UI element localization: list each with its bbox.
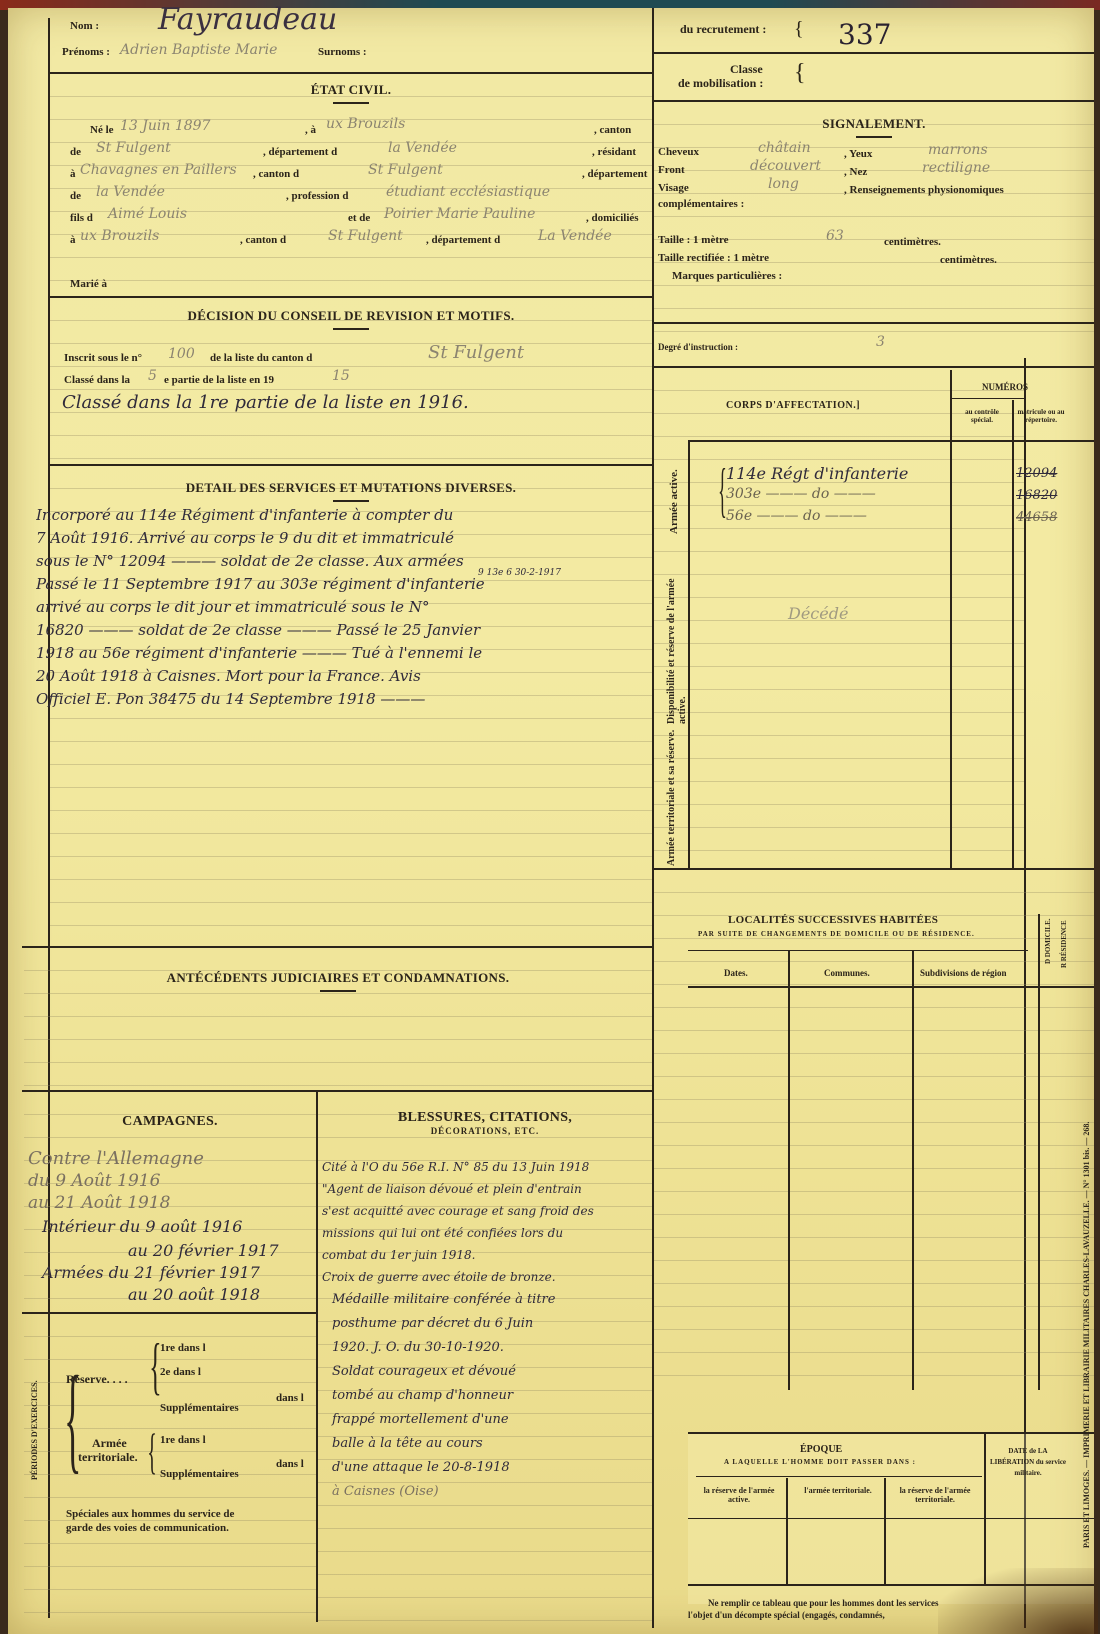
decede-note: Décédé	[788, 604, 848, 623]
printer-margin-text: PARIS ET LIMOGES. — IMPRIMERIE ET LIBRAI…	[1082, 1122, 1091, 1548]
services-title: DETAIL DES SERVICES ET MUTATIONS DIVERSE…	[50, 480, 652, 496]
blessures-line: frappé mortellement d'une	[332, 1408, 654, 1432]
classe-dans-label: Classé dans la	[64, 374, 130, 386]
decision-title: DÉCISION DU CONSEIL DE REVISION ET MOTIF…	[50, 308, 652, 324]
localites-col-divider-1	[788, 950, 790, 1390]
services-line: 7 Août 1916. Arrivé au corps le 9 du dit…	[36, 527, 652, 550]
localites-side-residence: R RÉSIDENCE	[1060, 920, 1068, 968]
blessures-line: missions qui lui ont été confiées lors d…	[322, 1222, 654, 1244]
residant-canton-label: , canton d	[253, 168, 299, 180]
taille-rectifiee-label: Taille rectifiée : 1 mètre	[658, 252, 769, 264]
domicile-dept-label: , département d	[426, 234, 500, 246]
corps-row-3: 56e ——— do ———	[726, 508, 867, 524]
decision-section: DÉCISION DU CONSEIL DE REVISION ET MOTIF…	[50, 298, 652, 464]
blessures-subtitle: DÉCORATIONS, ETC.	[318, 1126, 652, 1136]
territoriale-label-2: territoriale.	[78, 1450, 138, 1465]
epoque-header-bottom	[688, 1518, 1094, 1519]
campagnes-line: au 20 août 1918	[128, 1284, 279, 1306]
residant-canton-value: St Fulgent	[368, 162, 443, 178]
epoque-footnote-1: Ne remplir ce tableau que pour les homme…	[708, 1598, 938, 1608]
ne-le-label: Né le	[90, 124, 114, 136]
corps-row-1: 114e Régt d'infanterie	[726, 464, 908, 483]
territoriale-supp-dans: dans l	[276, 1458, 304, 1470]
title-dash	[856, 136, 892, 138]
residant-label: , résidant	[592, 146, 636, 158]
territoriale-label-1: Armée	[92, 1436, 127, 1451]
numeros-col-divider	[1012, 400, 1014, 868]
territoriale-label: Armée territoriale et sa réserve.	[666, 726, 677, 866]
yeux-value: marrons	[928, 142, 988, 158]
localites-col-dates: Dates.	[724, 968, 748, 978]
title-dash	[333, 328, 369, 330]
disponibilite-label: Disponibilité et réserve de l'armée acti…	[666, 564, 688, 724]
services-line: Incorporé au 114e Régiment d'infanterie …	[36, 504, 652, 527]
nom-label: Nom :	[70, 20, 99, 32]
epoque-col-3: la réserve de l'armée territoriale.	[888, 1486, 982, 1504]
reserve-item-3: Supplémentaires	[160, 1402, 239, 1414]
liste-canton-value: St Fulgent	[428, 342, 524, 363]
renseignements-label: , Renseignements physionomiques	[844, 184, 1004, 196]
canton-label: , canton	[594, 124, 631, 136]
services-line: 1918 au 56e régiment d'infanterie ——— Tu…	[36, 642, 652, 665]
blessures-line: Médaille militaire conférée à titre	[332, 1288, 654, 1312]
domicile-a-label: à	[70, 234, 76, 246]
localites-header-line	[688, 950, 1028, 951]
localites-section	[654, 870, 1094, 1390]
epoque-col-divider-1	[786, 1478, 788, 1584]
title-dash	[320, 990, 356, 992]
front-label: Front	[658, 164, 685, 176]
classe-dans-value: 5	[148, 368, 157, 384]
corps-row-2: 303e ——— do ———	[726, 486, 876, 502]
localites-side-domicile: D DOMICILE.	[1044, 918, 1052, 964]
signalement-section: SIGNALEMENT.	[654, 102, 1094, 346]
recrutement-brace: {	[794, 18, 804, 41]
residant-a-label: à	[70, 168, 76, 180]
campagnes-line: Intérieur du 9 août 1916	[42, 1214, 279, 1240]
speciales-label-2: garde des voies de communication.	[66, 1522, 229, 1534]
military-register-page: Nom : Fayraudeau Prénoms : Adrien Baptis…	[8, 8, 1094, 1634]
campagnes-line: au 20 février 1917	[128, 1240, 279, 1262]
decision-handwritten-note: Classé dans la 1re partie de la liste en…	[62, 392, 469, 413]
col-controle: au contrôle spécial.	[954, 408, 1010, 424]
epoque-footnote-2: l'objet d'un décompte spécial (engagés, …	[688, 1610, 885, 1620]
epoque-date-divider	[984, 1434, 986, 1584]
corps-header-bottom	[688, 440, 1094, 442]
et-de-label: et de	[348, 212, 370, 224]
campagnes-title: CAMPAGNES.	[24, 1114, 316, 1130]
nom-value: Fayraudeau	[158, 2, 337, 37]
cheveux-label: Cheveux	[658, 146, 699, 158]
antecedents-title: ANTÉCÉDENTS JUDICIAIRES ET CONDAMNATIONS…	[24, 970, 652, 986]
corps-numeros-divider	[950, 370, 952, 868]
campagnes-text: Contre l'Allemagne du 9 Août 1916 au 21 …	[28, 1148, 279, 1306]
recrutement-value: 337	[838, 18, 891, 51]
services-line: 16820 ——— soldat de 2e classe ——— Passé …	[36, 619, 652, 642]
epoque-col-1: la réserve de l'armée active.	[696, 1486, 782, 1504]
blessures-line: à Caisnes (Oise)	[332, 1480, 654, 1504]
matricule-row-2: 16820	[1016, 488, 1057, 503]
reserve-item-1: 1re dans l	[160, 1342, 206, 1354]
taille-value: 63	[826, 228, 844, 244]
classe-label: Classe	[730, 62, 763, 77]
localites-col-subdivisions: Subdivisions de région	[920, 968, 1007, 978]
antecedents-section: ANTÉCÉDENTS JUDICIAIRES ET CONDAMNATIONS…	[24, 948, 652, 1090]
pere-value: Aimé Louis	[108, 206, 187, 222]
marques-label: Marques particulières :	[672, 270, 782, 282]
fils-label: fils d	[70, 212, 93, 224]
title-dash	[333, 500, 369, 502]
numeros-underline	[952, 398, 1024, 399]
campagnes-line: Contre l'Allemagne	[28, 1148, 279, 1170]
blessures-line: tombé au champ d'honneur	[332, 1384, 654, 1408]
residant-dept-de: de	[70, 190, 81, 202]
services-superscript: 9 13e 6 30-2-1917	[478, 568, 561, 578]
prenoms-label: Prénoms :	[62, 46, 110, 58]
reserve-supp-dans: dans l	[276, 1392, 304, 1404]
nez-value: rectiligne	[922, 160, 990, 176]
matricule-row-3: 44658	[1016, 510, 1057, 525]
localites-col-header-bottom	[688, 986, 1094, 988]
domicile-canton-label: , canton d	[240, 234, 286, 246]
front-value: découvert	[750, 158, 821, 174]
partie-label: e partie de la liste en 19	[164, 374, 274, 386]
inscrit-label: Inscrit sous le n°	[64, 352, 142, 364]
a-label: , à	[305, 124, 316, 136]
domicile-value: ux Brouzils	[80, 228, 159, 244]
services-line: 20 Août 1918 à Caisnes. Mort pour la Fra…	[36, 665, 652, 688]
mobilisation-label: de mobilisation :	[678, 76, 763, 91]
signalement-title: SIGNALEMENT.	[654, 116, 1094, 132]
matricule-row-1: 12094	[1016, 466, 1057, 481]
corps-title: CORPS D'AFFECTATION.]	[726, 400, 860, 411]
services-line: arrivé au corps le dit jour et immatricu…	[36, 596, 652, 619]
signalement-bottom	[654, 322, 1094, 324]
taille-label: Taille : 1 mètre	[658, 234, 729, 246]
epoque-title: ÉPOQUE	[800, 1444, 842, 1455]
departement-label: , département d	[263, 146, 337, 158]
surnoms-label: Surnoms :	[318, 46, 367, 58]
services-line: Officiel E. Pon 38475 du 14 Septembre 19…	[36, 688, 652, 711]
blessures-line: balle à la tête au cours	[332, 1432, 654, 1456]
page-corner-shadow	[938, 1568, 1098, 1634]
domicile-dept-value: La Vendée	[538, 228, 612, 244]
campagnes-line: au 21 Août 1918	[28, 1192, 279, 1214]
etat-civil-title: ÉTAT CIVIL.	[50, 82, 652, 98]
localites-col-communes: Communes.	[824, 968, 870, 978]
campagnes-line: Armées du 21 février 1917	[42, 1262, 279, 1284]
ne-le-value: 13 Juin 1897	[120, 118, 210, 134]
numeros-title: NUMÉROS	[982, 382, 1028, 392]
blessures-title: BLESSURES, CITATIONS,	[318, 1110, 652, 1126]
territoriale-item-2: Supplémentaires	[160, 1468, 239, 1480]
prenoms-value: Adrien Baptiste Marie	[120, 42, 277, 58]
blessures-line: d'une attaque le 20-8-1918	[332, 1456, 654, 1480]
epoque-date-title: DATE de LA LIBÉRATION du service militai…	[988, 1446, 1068, 1479]
residant-dept-value: la Vendée	[96, 184, 165, 200]
centimetres-label: centimètres.	[884, 236, 941, 248]
col-matricule: matricule ou au répertoire.	[1014, 408, 1068, 424]
epoque-col-2: l'armée territoriale.	[790, 1486, 886, 1495]
blessures-line: Cité à l'O du 56e R.I. N° 85 du 13 Juin …	[322, 1156, 654, 1178]
speciales-label-1: Spéciales aux hommes du service de	[66, 1508, 234, 1520]
epoque-subtitle: A LAQUELLE L'HOMME DOIT PASSER DANS :	[724, 1458, 916, 1466]
reserve-label: Réserve. . . .	[66, 1372, 128, 1387]
blessures-line: Croix de guerre avec étoile de bronze.	[322, 1266, 654, 1288]
blessures-line: Soldat courageux et dévoué	[332, 1360, 654, 1384]
blessures-line: s'est acquitté avec courage et sang froi…	[322, 1200, 654, 1222]
centimetres-label-2: centimètres.	[940, 254, 997, 266]
armee-active-label: Armée active.	[668, 469, 680, 534]
residant-value: Chavagnes en Paillers	[80, 162, 237, 178]
canton-value: St Fulgent	[96, 140, 171, 156]
blessures-text: Cité à l'O du 56e R.I. N° 85 du 13 Juin …	[322, 1156, 654, 1504]
classe-brace: {	[794, 60, 806, 87]
localites-title: LOCALITÉS SUCCESSIVES HABITÉES	[728, 914, 938, 926]
departement-value: la Vendée	[388, 140, 457, 156]
partie-year-value: 15	[332, 368, 350, 384]
blessures-line: 1920. J. O. du 30-10-1920.	[332, 1336, 654, 1360]
visage-label: Visage	[658, 182, 689, 194]
inscrit-value: 100	[168, 346, 195, 362]
cheveux-value: châtain	[758, 140, 811, 156]
epoque-brace-line	[696, 1476, 982, 1477]
mere-value: Poirier Marie Pauline	[384, 206, 535, 222]
epoque-col-divider-2	[884, 1478, 886, 1584]
title-dash	[333, 102, 369, 104]
blessures-line: "Agent de liaison dévoué et plein d'entr…	[322, 1178, 654, 1200]
corps-side-divider	[688, 440, 690, 868]
a-value: ux Brouzils	[326, 116, 405, 132]
profession-label: , profession d	[286, 190, 348, 202]
reserve-item-2: 2e dans l	[160, 1366, 201, 1378]
visage-value: long	[768, 176, 799, 192]
residant-dept-label: , département	[582, 168, 647, 180]
yeux-label: , Yeux	[844, 148, 872, 160]
territoriale-brace: {	[147, 1426, 157, 1476]
services-text: Incorporé au 114e Régiment d'infanterie …	[36, 504, 652, 711]
territoriale-item-1: 1re dans l	[160, 1434, 206, 1446]
complementaires-label: complémentaires :	[658, 198, 744, 210]
recrutement-divider	[654, 52, 1094, 54]
de-label: de	[70, 146, 81, 158]
degre-value: 3	[876, 334, 885, 350]
domicilies-label: , domiciliés	[586, 212, 639, 224]
recrutement-label: du recrutement :	[680, 22, 766, 37]
profession-value: étudiant ecclésiastique	[386, 184, 550, 200]
campagnes-line: du 9 Août 1916	[28, 1170, 279, 1192]
blessures-line: posthume par décret du 6 Juin	[332, 1312, 654, 1336]
domicile-canton-value: St Fulgent	[328, 228, 403, 244]
nez-label: , Nez	[844, 166, 867, 178]
localites-subtitle: PAR SUITE DE CHANGEMENTS DE DOMICILE OU …	[698, 930, 975, 938]
marie-label: Marié à	[70, 278, 107, 290]
blessures-line: combat du 1er juin 1918.	[322, 1244, 654, 1266]
periodes-side-label: PÉRIODES D'EXERCICES.	[30, 1380, 39, 1480]
degre-label: Degré d'instruction :	[658, 342, 738, 352]
localites-col-divider-2	[912, 950, 914, 1390]
liste-canton-label: de la liste du canton d	[210, 352, 312, 364]
